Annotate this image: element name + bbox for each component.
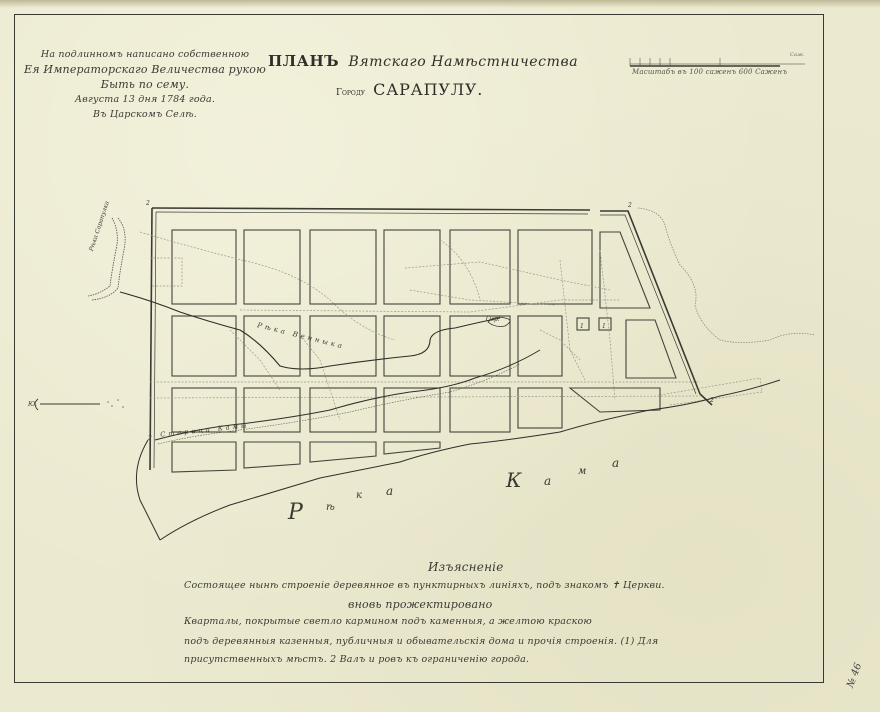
dedication-line: Въ Царскомъ Селѣ. [20,107,270,122]
map-title: ПЛАНЪ Вятскаго Намѣстничества [268,52,578,70]
ne-stream [638,208,815,343]
legend-line: присутственныхъ мѣстъ. 2 Валъ и ровъ къ … [184,654,529,665]
imperial-dedication: На подлинномъ написано собственною Ея Им… [20,47,270,122]
legend-line: вновь прожектировано [348,598,493,611]
marker-ne: 2 [627,202,632,209]
marker-se: 2 [709,397,714,404]
legend-title: Изъясненіе [428,560,504,574]
kama-label-a3: а [612,456,619,470]
kama-label-e: ѣ [326,502,335,513]
map-subtitle: Городу САРАПУЛУ. [336,80,483,99]
marker-sw: 2 [147,435,152,442]
dedication-line: Быть по сему. [20,77,270,92]
title-plan: ПЛАНЪ [268,52,339,70]
kama-label-a2: а [544,474,551,488]
title-province: Вятскаго Намѣстничества [349,54,579,70]
kama-channel [136,350,780,540]
compass-text: Ю. [27,401,37,408]
marker-nw: 2 [145,200,150,207]
dedication-line: Ея Императорскаго Величества рукою [20,62,270,77]
title-city: САРАПУЛУ. [373,80,483,99]
scale-bar [630,58,805,66]
kama-label-k: к [356,490,362,501]
pond-label: Огр. [486,316,500,323]
kama-label-r: Р [288,500,303,525]
kama-label-K: К [506,468,521,492]
title-city-prefix: Городу [336,88,365,98]
scale-unit: Саж. [790,52,805,58]
square-mark-1: 1 [580,323,584,330]
legend-line: Состоящее нынѣ строеніе деревянное въ пу… [184,580,665,591]
dedication-line: На подлинномъ написано собственною [20,47,270,62]
scale-caption: Масштабъ въ 100 саженъ 600 Саженъ [632,68,787,76]
kama-label-a: а [386,484,393,498]
dedication-line: Августа 13 дня 1784 года. [20,92,270,107]
compass-rose-dots [107,399,124,408]
compass-needle [35,399,100,410]
legend-line: подъ деревянныя казенныя, публичныя и об… [184,636,658,647]
legend-line: Кварталы, покрытые светло кармином подъ … [184,616,592,627]
square-mark-2: 1 [602,323,606,330]
kama-label-m: м [578,466,586,477]
